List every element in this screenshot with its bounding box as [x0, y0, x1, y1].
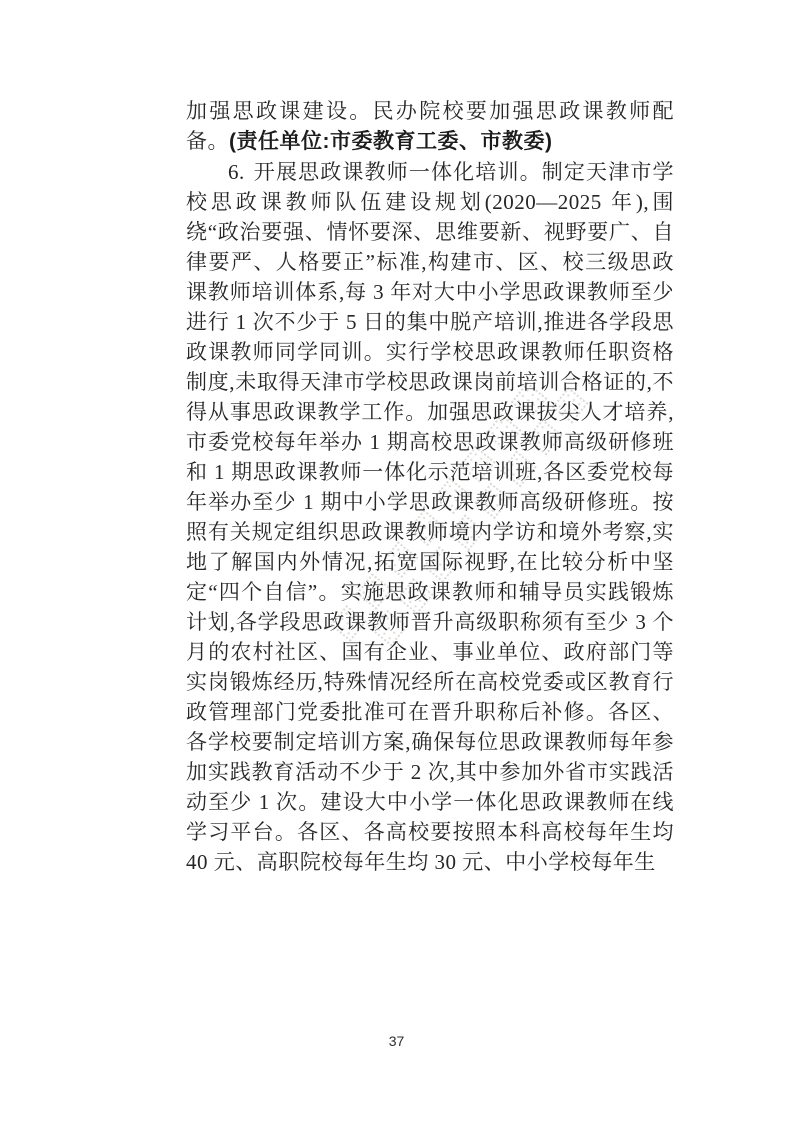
paragraph-continuation: 加强思政课建设。民办院校要加强思政课教师配备。(责任单位:市委教育工委、市教委): [186, 96, 674, 157]
page-number: 37: [0, 1033, 793, 1049]
document-page: 加强思政课建设。民办院校要加强思政课教师配备。(责任单位:市委教育工委、市教委)…: [0, 0, 793, 1122]
paragraph-item-6: 6.开展思政课教师一体化培训。制定天津市学校思政课教师队伍建设规划(2020—2…: [186, 157, 674, 877]
item-number: 6.: [228, 160, 245, 184]
item-title: 开展思政课教师一体化培训。: [253, 160, 542, 184]
item-body-text: 制定天津市学校思政课教师队伍建设规划(2020—2025 年),围绕“政治要强、…: [186, 160, 674, 874]
document-body: 加强思政课建设。民办院校要加强思政课教师配备。(责任单位:市委教育工委、市教委)…: [186, 96, 674, 877]
responsibility-unit-clause: (责任单位:市委教育工委、市教委): [229, 130, 552, 153]
